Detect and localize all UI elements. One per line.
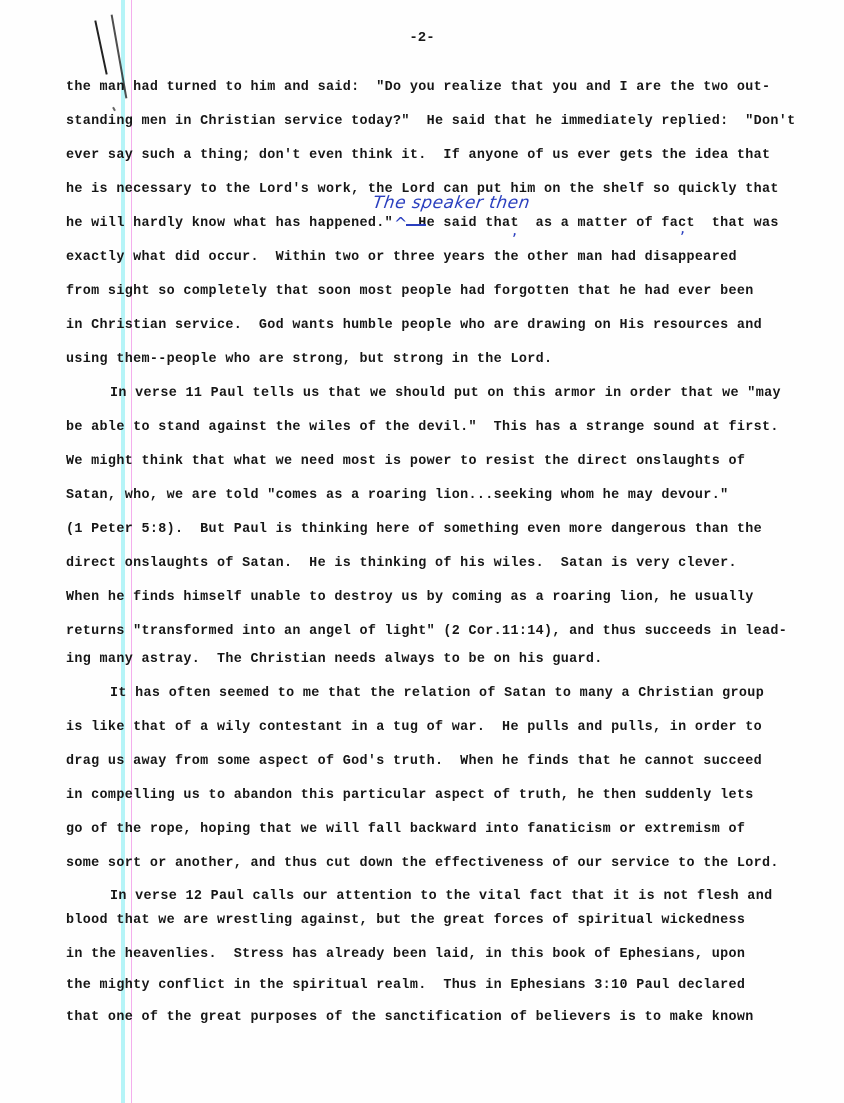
body-text-line: be able to stand against the wiles of th… xyxy=(66,420,779,436)
body-text-line: direct onslaughts of Satan. He is thinki… xyxy=(66,556,737,572)
insertion-caret-mark: ^ xyxy=(394,214,407,233)
paragraph-first-line: In verse 12 Paul calls our attention to … xyxy=(110,889,772,905)
scan-artifact-magenta-line xyxy=(131,0,132,1103)
body-text-line: drag us away from some aspect of God's t… xyxy=(66,754,762,770)
body-text-line: in Christian service. God wants humble p… xyxy=(66,318,762,334)
page-number: -2- xyxy=(0,30,844,46)
scan-artifact-cyan-line xyxy=(121,0,125,1103)
pen-stroke-mark xyxy=(112,107,116,111)
body-text-line: ing many astray. The Christian needs alw… xyxy=(66,652,603,668)
paragraph-first-line: It has often seemed to me that the relat… xyxy=(110,686,764,702)
body-text-line: that one of the great purposes of the sa… xyxy=(66,1010,754,1026)
body-text-line: When he finds himself unable to destroy … xyxy=(66,590,754,606)
body-text-line: the man had turned to him and said: "Do … xyxy=(66,80,770,96)
body-text-line: standing men in Christian service today?… xyxy=(66,114,796,130)
strikethrough-mark xyxy=(406,224,426,226)
body-text-line: is like that of a wily contestant in a t… xyxy=(66,720,762,736)
body-text-line: from sight so completely that soon most … xyxy=(66,284,754,300)
document-page: -2- the man had turned to him and said: … xyxy=(0,0,844,1103)
body-text-line: exactly what did occur. Within two or th… xyxy=(66,250,737,266)
body-text-line: (1 Peter 5:8). But Paul is thinking here… xyxy=(66,522,762,538)
body-text-line: in compelling us to abandon this particu… xyxy=(66,788,754,804)
pen-stroke-mark xyxy=(94,20,107,74)
paragraph-first-line: In verse 11 Paul tells us that we should… xyxy=(110,386,781,402)
body-text-line: returns "transformed into an angel of li… xyxy=(66,624,787,640)
handwritten-insertion: The speaker then xyxy=(372,193,532,213)
body-text-line: using them--people who are strong, but s… xyxy=(66,352,552,368)
body-text-line: the mighty conflict in the spiritual rea… xyxy=(66,978,745,994)
body-text-line: some sort or another, and thus cut down … xyxy=(66,856,779,872)
inserted-comma-mark: , xyxy=(512,220,517,239)
body-text-line: Satan, who, we are told "comes as a roar… xyxy=(66,488,728,504)
inserted-comma-mark: , xyxy=(680,218,685,237)
body-text-line: blood that we are wrestling against, but… xyxy=(66,913,745,929)
body-text-line: go of the rope, hoping that we will fall… xyxy=(66,822,745,838)
body-text-line: We might think that what we need most is… xyxy=(66,454,745,470)
body-text-line: in the heavenlies. Stress has already be… xyxy=(66,947,745,963)
body-text-line: ever say such a thing; don't even think … xyxy=(66,148,770,164)
